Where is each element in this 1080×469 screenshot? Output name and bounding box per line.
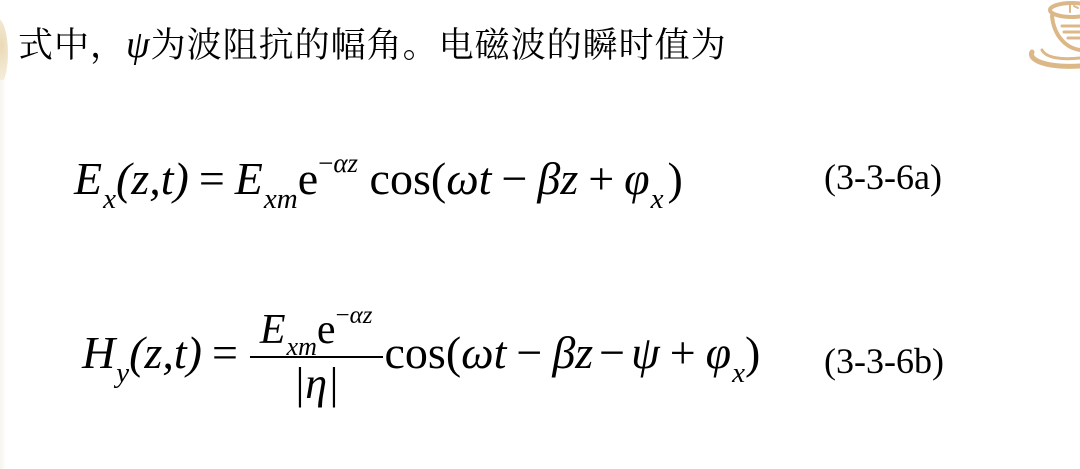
eq-b-equals: = <box>212 327 238 378</box>
psi-symbol: ψ <box>126 24 151 66</box>
eq-b-numerator: Exme−αz <box>250 306 383 356</box>
intro-text-after: 为波阻抗的幅角。电磁波的瞬时值为 <box>151 26 727 66</box>
eq-a-omega-t: ωt <box>446 153 491 204</box>
eq-b-minus-1: − <box>516 327 542 378</box>
equation-3-3-6a: Ex(z,t)=Exme−αz cos(ωt−βz+φx) <box>74 152 683 205</box>
eq-a-plus: + <box>588 153 614 204</box>
left-edge-shadow <box>0 80 6 469</box>
eq-a-minus: − <box>501 153 527 204</box>
eq-b-lhs-sub: y <box>116 357 129 389</box>
eq-b-phi-sub: x <box>732 357 745 389</box>
eq-b-psi: ψ <box>631 327 660 378</box>
eq-b-minus-2: − <box>599 327 625 378</box>
eq-b-denominator: |η| <box>250 358 383 409</box>
eq-a-amp-sub: xm <box>264 183 298 215</box>
equation-label-a: (3-3-6a) <box>824 156 942 198</box>
eq-a-exp-base: e <box>298 153 318 204</box>
eq-a-phi-sub: x <box>651 183 664 215</box>
eq-b-cos: cos( <box>385 327 462 378</box>
eq-b-lhs-var: H <box>82 327 115 378</box>
eq-b-lhs-args: (z,t) <box>129 327 202 378</box>
eq-a-cos: cos( <box>370 153 447 204</box>
eq-a-lhs-var: E <box>74 153 102 204</box>
intro-sentence: 式中，ψ为波阻抗的幅角。电磁波的瞬时值为 <box>18 18 727 68</box>
eq-a-lhs-sub: x <box>103 183 116 215</box>
intro-text-before: 式中， <box>18 26 126 66</box>
eq-b-phi: φ <box>706 327 731 378</box>
eq-b-omega-t: ωt <box>461 327 506 378</box>
coffee-cup-logo-icon <box>1022 0 1080 72</box>
eq-b-fraction: Exme−αz|η| <box>250 306 383 409</box>
eq-b-beta-z: βz <box>552 327 593 378</box>
equation-3-3-6b: Hy(z,t)=Exme−αz|η|cos(ωt−βz−ψ+φx) <box>82 306 760 409</box>
equation-label-b: (3-3-6b) <box>824 340 944 382</box>
eq-a-exponent: −αz <box>318 148 358 178</box>
eq-a-amp-var: E <box>235 153 263 204</box>
eq-b-plus: + <box>670 327 696 378</box>
eq-a-lhs-args: (z,t) <box>116 153 189 204</box>
eq-b-close-paren: ) <box>745 327 760 378</box>
eq-a-close-paren: ) <box>668 153 683 204</box>
left-edge-decoration <box>0 18 8 88</box>
eq-a-equals: = <box>199 153 225 204</box>
eq-a-phi: φ <box>624 153 649 204</box>
eq-a-beta-z: βz <box>537 153 578 204</box>
